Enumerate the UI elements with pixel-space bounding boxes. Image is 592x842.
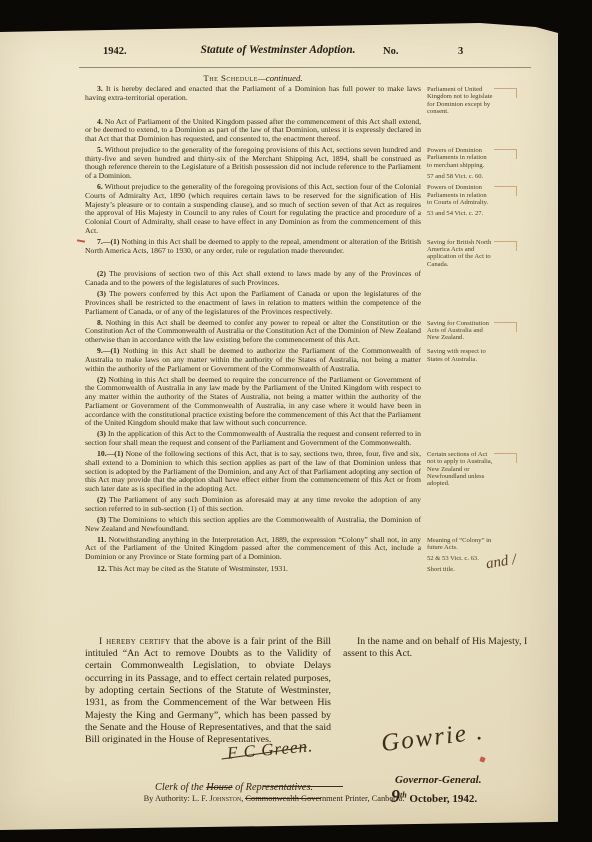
header-act-title: Statute of Westminster Adoption.: [200, 44, 355, 56]
governor-general-title: Governor-General.: [395, 774, 481, 786]
section-paragraph: 3. It is hereby declared and enacted tha…: [85, 85, 421, 115]
document-page: 1942. Statute of Westminster Adoption. N…: [0, 22, 558, 830]
section-7-1-block: 7.—(1) Nothing in this Act shall be deem…: [85, 238, 531, 268]
margin-notes: [427, 496, 531, 513]
margin-notes: Certain sections of Act not to apply to …: [427, 450, 531, 494]
section-10-3-block: (3) The Dominions to which this section …: [85, 516, 531, 533]
section-number: 5.: [97, 145, 103, 154]
section-9-2-block: (2) Nothing in this Act shall be deemed …: [85, 376, 531, 428]
section-paragraph: (3) In the application of this Act to th…: [85, 430, 421, 447]
struck-words: House: [206, 782, 232, 793]
margin-notes: Powers of Dominion Parliaments in relati…: [427, 183, 531, 235]
subsection-number: (2): [97, 495, 106, 504]
section-paragraph: 8. Nothing in this Act shall be deemed t…: [85, 319, 421, 345]
margin-notes: Saving with respect to States of Austral…: [427, 347, 531, 373]
section-paragraph: 4. No Act of Parliament of the United Ki…: [85, 118, 421, 144]
section-number: 8.: [97, 318, 103, 327]
header-page-number: 3: [458, 46, 463, 57]
subsection-number: (3): [97, 289, 106, 298]
section-number: 3.: [97, 84, 103, 93]
section-paragraph: (3) The powers conferred by this Act upo…: [85, 290, 421, 316]
governor-general-signature: Gowrie .: [380, 718, 486, 758]
margin-note: Short title.: [427, 566, 493, 573]
section-paragraph: 5. Without prejudice to the generality o…: [85, 146, 421, 181]
clerk-title-line: Clerk of the House of Representatives.: [155, 782, 313, 793]
margin-notes: [427, 270, 531, 287]
margin-notes: [427, 430, 531, 447]
assent-text: In the name and on behalf of His Majesty…: [343, 636, 533, 661]
margin-note: Meaning of “Colony” in future Acts.: [427, 537, 493, 552]
section-paragraph: (2) The Parliament of any such Dominion …: [85, 496, 421, 513]
section-paragraph: 11. Notwithstanding anything in the Inte…: [85, 536, 421, 563]
schedule-heading-continued: —continued.: [258, 73, 303, 83]
header-rule: [79, 67, 531, 68]
printer-name: Johnston: [209, 794, 241, 803]
margin-note: Saving for British North America Acts an…: [427, 239, 493, 268]
margin-note-citation: 52 & 53 Vict. c. 63.: [427, 555, 493, 562]
section-5-block: 5. Without prejudice to the generality o…: [85, 146, 531, 181]
scanned-act-page: { "header": { "year": "1942.", "title": …: [0, 0, 592, 842]
subsection-number: (3): [97, 429, 106, 438]
subsection-number: (2): [97, 269, 106, 278]
section-9-1-block: 9.—(1) Nothing in this Act shall be deem…: [85, 347, 531, 373]
red-pencil-mark: [479, 756, 485, 762]
subsection-number: (2): [97, 375, 106, 384]
margin-note: Powers of Dominion Parliaments in relati…: [427, 184, 493, 206]
margin-notes: Saving for British North America Acts an…: [427, 238, 531, 268]
section-paragraph: 12. This Act may be cited as the Statute…: [85, 565, 421, 574]
printer-imprint: By Authority: L. F. Johnston, Commonweal…: [0, 794, 548, 803]
margin-notes: [427, 376, 531, 428]
section-number: 10.—(1): [97, 449, 123, 458]
section-paragraph: 9.—(1) Nothing in this Act shall be deem…: [85, 347, 421, 373]
header-no-label: No.: [383, 46, 398, 57]
margin-note: Saving for Constitution Acts of Australi…: [427, 320, 493, 342]
section-number: 11.: [97, 535, 106, 544]
section-paragraph: (2) Nothing in this Act shall be deemed …: [85, 376, 421, 428]
schedule-heading: The Schedule—continued.: [85, 73, 421, 83]
red-pencil-mark: [77, 239, 85, 242]
section-8-block: 8. Nothing in this Act shall be deemed t…: [85, 319, 531, 345]
margin-notes: [427, 290, 531, 316]
imprint-rule: [263, 786, 343, 787]
margin-note: Certain sections of Act not to apply to …: [427, 451, 493, 487]
schedule-heading-title: The Schedule: [203, 73, 257, 83]
clerk-certification-text: I hereby certify that the above is a fai…: [85, 636, 331, 747]
margin-notes: [427, 118, 531, 144]
section-paragraph: (2) The provisions of section two of thi…: [85, 270, 421, 287]
section-number: 12.: [97, 564, 107, 573]
schedule-body: 3. It is hereby declared and enacted tha…: [85, 85, 531, 576]
header-year: 1942.: [103, 46, 127, 57]
section-number: 7.—(1): [97, 237, 119, 246]
section-paragraph: (3) The Dominions to which this section …: [85, 516, 421, 533]
margin-notes: [427, 516, 531, 533]
margin-note: Saving with respect to States of Austral…: [427, 348, 493, 363]
margin-notes: Parliament of United Kingdom not to legi…: [427, 85, 531, 115]
section-7-3-block: (3) The powers conferred by this Act upo…: [85, 290, 531, 316]
margin-note-citation: 53 and 54 Vict. c. 27.: [427, 210, 493, 217]
section-11-block: 11. Notwithstanding anything in the Inte…: [85, 536, 531, 563]
section-paragraph: 10.—(1) None of the following sections o…: [85, 450, 421, 494]
margin-note: Powers of Dominion Parliaments in relati…: [427, 147, 493, 169]
section-9-3-block: (3) In the application of this Act to th…: [85, 430, 531, 447]
margin-notes: Powers of Dominion Parliaments in relati…: [427, 146, 531, 181]
section-7-2-block: (2) The provisions of section two of thi…: [85, 270, 531, 287]
margin-note: Parliament of United Kingdom not to legi…: [427, 86, 493, 115]
section-paragraph: 7.—(1) Nothing in this Act shall be deem…: [85, 238, 421, 268]
subsection-number: (3): [97, 515, 106, 524]
section-10-1-block: 10.—(1) None of the following sections o…: [85, 450, 531, 494]
section-6-block: 6. Without prejudice to the generality o…: [85, 183, 531, 235]
margin-notes: Saving for Constitution Acts of Australi…: [427, 319, 531, 345]
section-3-block: 3. It is hereby declared and enacted tha…: [85, 85, 531, 115]
certify-lead: I hereby certify: [99, 636, 170, 647]
section-10-2-block: (2) The Parliament of any such Dominion …: [85, 496, 531, 513]
section-number: 6.: [97, 182, 103, 191]
margin-note-citation: 57 and 58 Vict. c. 60.: [427, 173, 493, 180]
section-paragraph: 6. Without prejudice to the generality o…: [85, 183, 421, 235]
section-number: 4.: [97, 117, 103, 126]
section-12-block: 12. This Act may be cited as the Statute…: [85, 565, 531, 574]
section-4-block: 4. No Act of Parliament of the United Ki…: [85, 118, 531, 144]
section-number: 9.—(1): [97, 346, 119, 355]
